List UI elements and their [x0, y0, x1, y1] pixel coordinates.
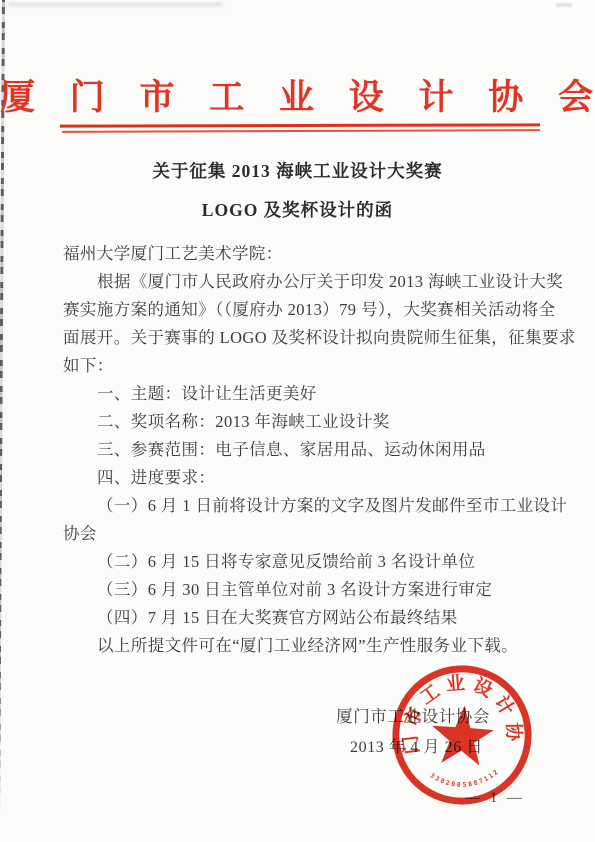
- body-line: 赛实施方案的通知》（（厦府办 2013）79 号），大奖赛相关活动将全: [63, 296, 540, 324]
- body-line-sub-3: （三）6 月 30 日主管单位对前 3 名设计方案进行审定: [63, 576, 540, 604]
- body-line: 面展开。关于赛事的 LOGO 及奖杯设计拟向贵院师生征集，征集要求: [63, 324, 540, 352]
- letterhead-org-name: 厦 门 市 工 业 设 计 协 会: [0, 70, 595, 120]
- svg-text:3302005887112: 3302005887112: [428, 767, 502, 792]
- body-line-item-1: 一、主题：设计让生活更美好: [63, 380, 540, 408]
- body-line: 如下：: [63, 352, 540, 380]
- body-line: 协会: [63, 520, 540, 548]
- scan-edge-artifact: [0, 0, 5, 842]
- body-line-item-3: 三、参赛范围：电子信息、家居用品、运动休闲用品: [63, 436, 540, 464]
- star-icon: [429, 703, 495, 766]
- body-line-sub-4: （四）7 月 15 日在大奖赛官方网站公布最终结果: [63, 604, 540, 632]
- scan-smudge-artifact: [8, 2, 223, 7]
- body-line-closing: 以上所提文件可在“厦门工业经济网”生产性服务业下载。: [63, 632, 540, 660]
- body-line-salutation: 福州大学厦门工艺美术学院：: [63, 240, 540, 268]
- body-line: 根据《厦门市人民政府办公厅关于印发 2013 海峡工业设计大奖: [63, 268, 540, 296]
- official-seal: 厦门市工业设计协会 3302005887112: [383, 656, 541, 814]
- body-line-item-4: 四、进度要求：: [63, 464, 540, 492]
- scan-mark-artifact: [556, 3, 572, 7]
- letterhead-divider-thick: [60, 123, 540, 127]
- document-title-line1: 关于征集 2013 海峡工业设计大奖赛: [0, 158, 595, 183]
- body-line-sub-1: （一）6 月 1 日前将设计方案的文字及图片发邮件至市工业设计: [63, 492, 540, 520]
- body-line-item-2: 二、奖项名称：2013 年海峡工业设计奖: [63, 408, 540, 436]
- letter-body: 福州大学厦门工艺美术学院： 根据《厦门市人民政府办公厅关于印发 2013 海峡工…: [63, 240, 540, 660]
- official-seal-graphic: 厦门市工业设计协会 3302005887112: [383, 656, 541, 814]
- letterhead-divider-thin: [62, 129, 540, 133]
- document-title-line2: LOGO 及奖杯设计的函: [0, 197, 595, 222]
- scanned-document-page: 厦 门 市 工 业 设 计 协 会 关于征集 2013 海峡工业设计大奖赛 LO…: [0, 0, 595, 842]
- seal-serial-number: 3302005887112: [428, 767, 502, 792]
- body-line-sub-2: （二）6 月 15 日将专家意见反馈给前 3 名设计单位: [63, 548, 540, 576]
